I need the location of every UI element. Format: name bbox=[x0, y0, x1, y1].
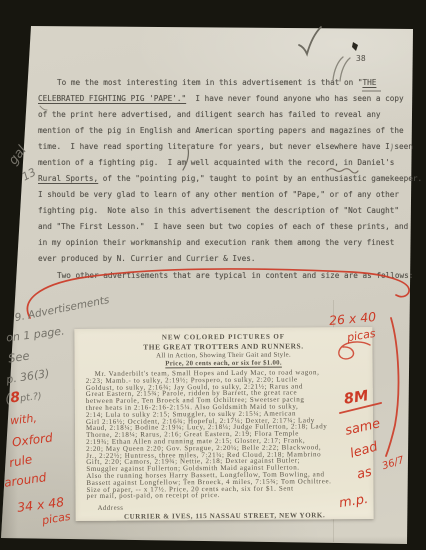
typed-line: mention of a fighting pig. I am well acq… bbox=[38, 158, 394, 167]
typed-line: ever produced by N. Currier and Currier … bbox=[38, 254, 256, 263]
typed-line: I should be very glad to learn of any ot… bbox=[38, 190, 399, 199]
typed-underlined-text: THE bbox=[362, 78, 376, 87]
typed-line: and "The First Lesson." I have seen but … bbox=[38, 222, 408, 231]
typed-text: To me the most interesting item in this … bbox=[57, 78, 362, 87]
clipping-line: per mail, post-paid, on receipt of price… bbox=[86, 491, 370, 500]
typed-underlined-text: CELEBRATED FIGHTING PIG 'PAPE'." bbox=[38, 94, 186, 103]
typed-underlined-text: Rural Sports, bbox=[38, 174, 98, 183]
typed-line: Two other advertisements that are typica… bbox=[38, 271, 413, 280]
clipping-price-line: Price, 20 cents each, or six for $1.00. bbox=[75, 359, 373, 368]
typed-line: Rural Sports, of the "pointing pig," tau… bbox=[38, 174, 422, 183]
typed-text: I have never found anyone who has seen a… bbox=[186, 94, 404, 103]
page-number: 38 bbox=[356, 54, 366, 63]
clipping-body: Mr. Vanderbilt's team, Small Hopes and L… bbox=[86, 369, 371, 500]
typed-line: To me the most interesting item in this … bbox=[38, 78, 376, 87]
typed-text: of the "pointing pig," taught to point b… bbox=[98, 174, 422, 183]
pasted-advertisement-clipping: NEW COLORED PICTURES OF THE GREAT TROTTE… bbox=[74, 327, 373, 521]
typed-line: of the print here advertised, and dilige… bbox=[38, 110, 381, 119]
typed-line: fighting pig. Note also in this advertis… bbox=[38, 206, 399, 215]
typed-line: in my opinion their workmanship and exec… bbox=[38, 238, 394, 247]
typed-line: mention of the pig in English and Americ… bbox=[38, 126, 404, 135]
clipping-address-label: Address bbox=[98, 505, 124, 512]
pencil-point-size-rest: pt.?) bbox=[20, 391, 43, 405]
typed-line: CELEBRATED FIGHTING PIG 'PAPE'." I have … bbox=[38, 94, 404, 103]
typed-line: time. I have read sporting literature fo… bbox=[38, 142, 413, 151]
red-rule-note-word: with, bbox=[9, 412, 37, 428]
